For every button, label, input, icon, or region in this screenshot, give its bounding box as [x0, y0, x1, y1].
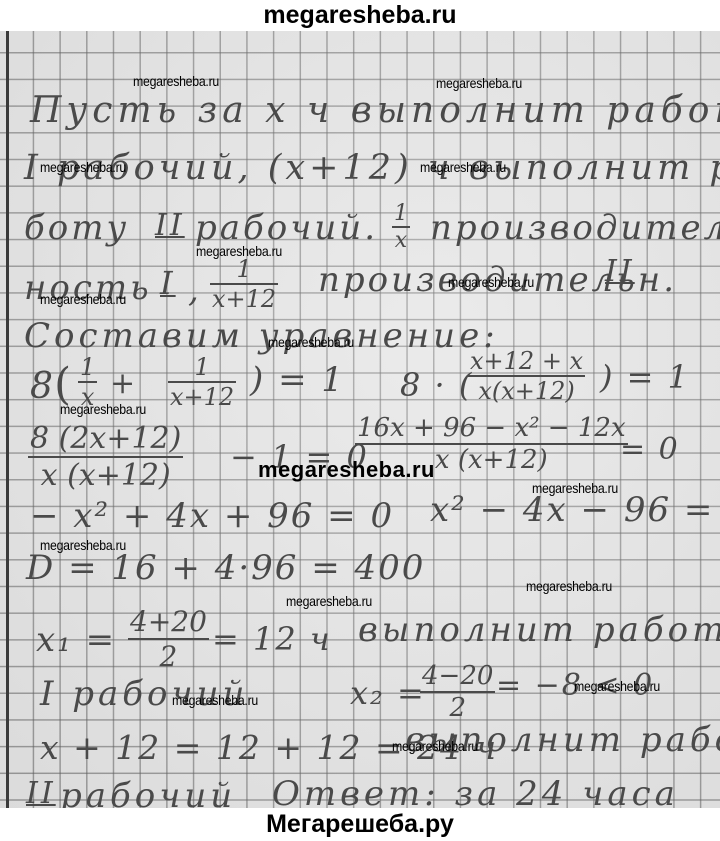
fraction-denominator: x+12 [210, 285, 278, 313]
eq1-prefix: 8 [30, 369, 55, 405]
roman-two-second: II [605, 257, 635, 287]
watermark: megaresheba.ru [420, 159, 506, 175]
watermark: megaresheba.ru [196, 243, 282, 259]
text-line-1: Пусть за x ч выполнит работу [30, 93, 720, 129]
eq2-prefix: 8 · ( [400, 369, 473, 401]
answer-text: Ответ: за 24 часа [272, 777, 679, 808]
watermark: megaresheba.ru [574, 678, 660, 694]
roman-two-final: II [26, 779, 56, 808]
text-line-3-d: производитель- [430, 211, 720, 245]
watermark: megaresheba.ru [133, 73, 219, 89]
watermark: megaresheba.ru [286, 593, 372, 609]
text-line-5: Составим уравнение: [24, 319, 499, 353]
fraction-numerator: 4−20 [420, 661, 495, 693]
eq3-fraction: 8 (2x+12) x (x+12) [28, 421, 183, 493]
eq1-suffix: ) = 1 [250, 363, 345, 397]
eq1-plus: + [110, 369, 137, 399]
watermark: megaresheba.ru [268, 334, 354, 350]
x1-label: x₁ = [36, 623, 116, 657]
roman-one: I [160, 267, 176, 299]
watermark: megaresheba.ru [392, 738, 478, 754]
roman-two: II [155, 211, 185, 241]
fraction-one-over-x: 1 x [392, 201, 410, 253]
watermark: megaresheba.ru [436, 75, 522, 91]
watermark: megaresheba.ru [40, 537, 126, 553]
site-footer: Мегарешеба.ру [0, 808, 720, 841]
fraction-denominator: x (x+12) [28, 458, 183, 493]
watermark: megaresheba.ru [526, 578, 612, 594]
x2-fraction: 4−20 2 [420, 661, 495, 723]
eq4-suffix: = 0 [620, 435, 680, 465]
text-line-3-a: боту [24, 211, 129, 245]
notebook-page: Пусть за x ч выполнит работу I рабочий, … [0, 31, 720, 808]
fraction-numerator: x+12 + x [468, 347, 585, 377]
fraction-denominator: 2 [128, 640, 209, 673]
watermark: megaresheba.ru [532, 480, 618, 496]
eq2-suffix: ) = 1 [600, 361, 690, 393]
watermark: megaresheba.ru [448, 274, 534, 290]
eq1-fraction-2: 1 x+12 [168, 353, 236, 411]
fraction-numerator: 16x + 96 − x² − 12x [355, 413, 628, 445]
comma: , [188, 273, 202, 307]
text-line-2: I рабочий, (x+12) ч выполнит ра- [24, 151, 720, 186]
eq7-discriminant: D = 16 + 4·96 = 400 [26, 551, 425, 585]
margin-line [6, 31, 9, 808]
x1-result: = 12 ч [212, 623, 332, 655]
watermark: megaresheba.ru [40, 291, 126, 307]
watermark: megaresheba.ru [40, 159, 126, 175]
fraction-numerator: 1 [78, 353, 97, 383]
fraction-numerator: 4+20 [128, 605, 209, 640]
site-header: megaresheba.ru [0, 0, 720, 31]
fraction-numerator: 1 [392, 201, 410, 228]
fraction-numerator: 8 (2x+12) [28, 421, 183, 458]
watermark: megaresheba.ru [172, 692, 258, 708]
eq6: x² − 4x − 96 = 0 [430, 493, 720, 527]
fraction-one-over-x-plus-12: 1 x+12 [210, 255, 278, 313]
eq2-fraction: x+12 + x x(x+12) [468, 347, 585, 405]
fraction-numerator: 1 [210, 255, 278, 285]
fraction-denominator: 2 [420, 693, 495, 723]
text-line-3-c: рабочий. [195, 211, 378, 245]
watermark-bold: megaresheba.ru [258, 457, 435, 483]
worker-two-label: рабочий [60, 779, 236, 808]
fraction-denominator: x+12 [168, 383, 236, 411]
x1-fraction: 4+20 2 [128, 605, 209, 673]
x2-label: x₂ = [350, 677, 426, 709]
fraction-denominator: x [392, 228, 410, 253]
watermark: megaresheba.ru [60, 401, 146, 417]
fraction-numerator: 1 [168, 353, 236, 383]
fraction-denominator: x(x+12) [468, 377, 585, 405]
x1-text: выполнит работу [358, 613, 720, 647]
eq5: − x² + 4x + 96 = 0 [30, 499, 394, 533]
